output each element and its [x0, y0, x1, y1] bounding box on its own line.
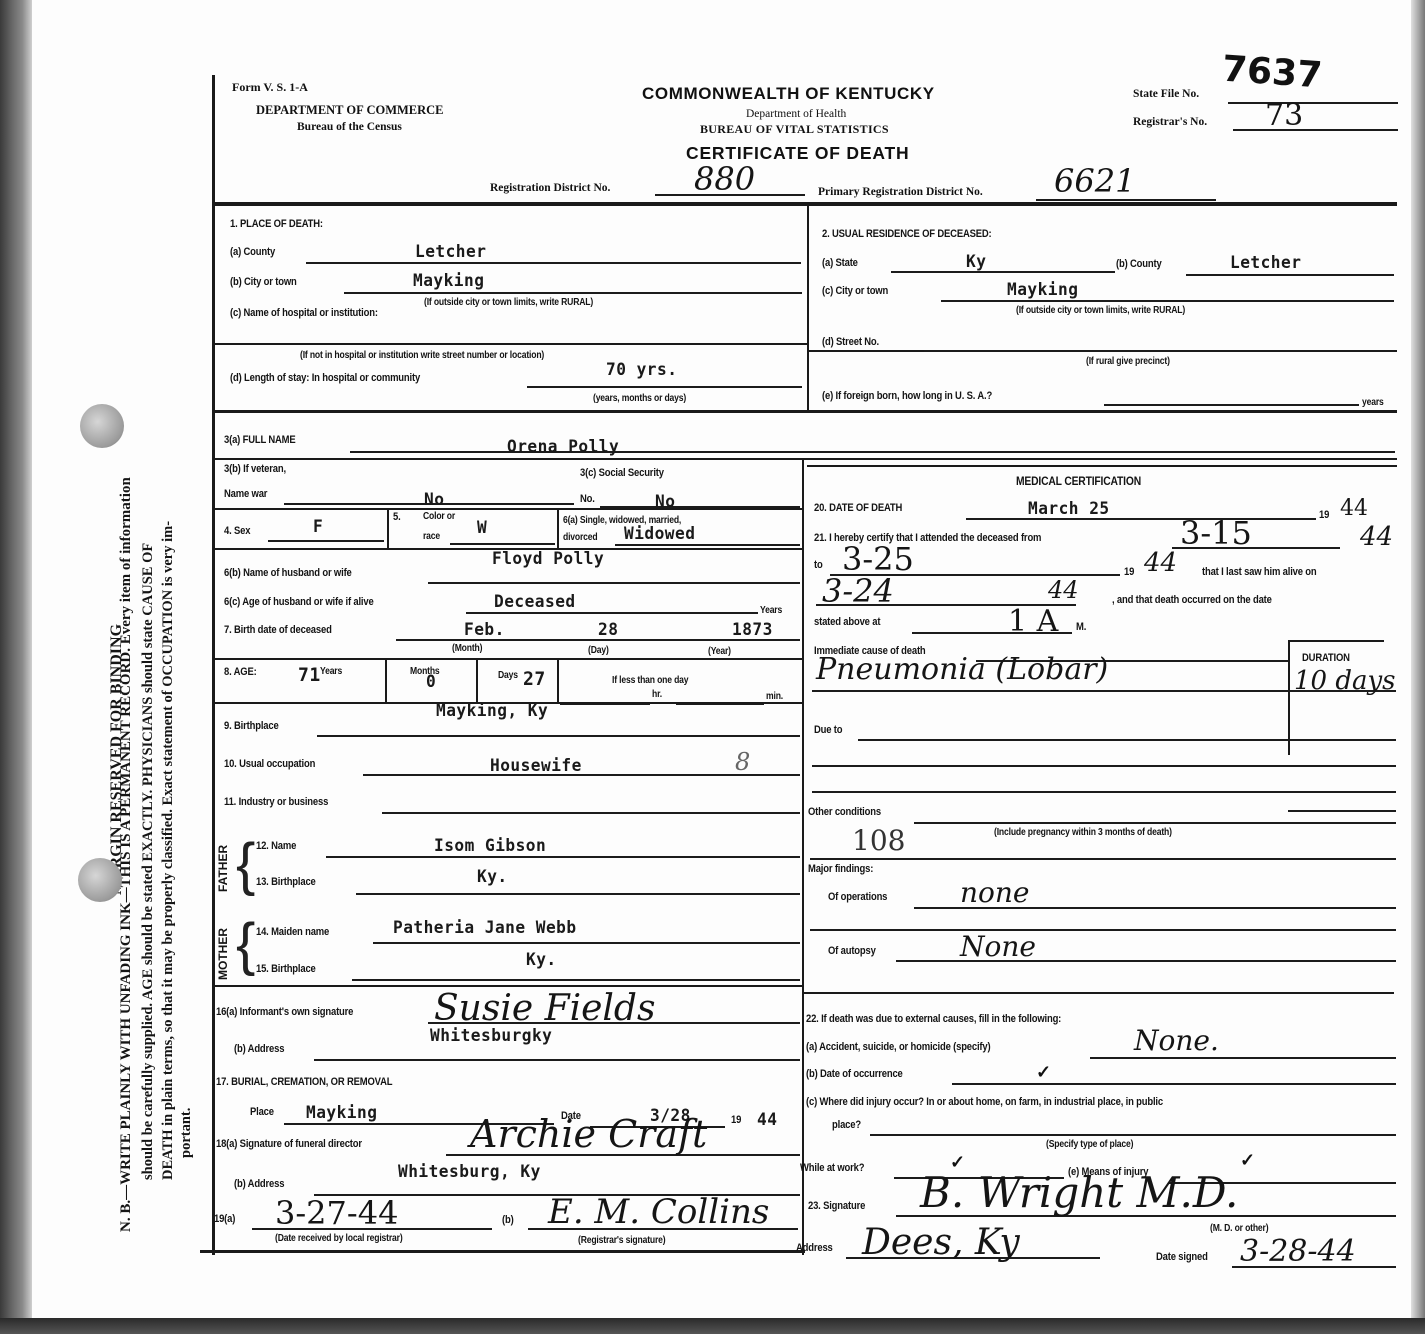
residence-county-label: (b) County — [1116, 258, 1162, 270]
means-checkmark-icon: ✓ — [1240, 1150, 1255, 1171]
informant-signature-label: 16(a) Informant's own signature — [216, 1006, 353, 1018]
reg-district-number: 880 — [694, 160, 755, 198]
divider-days — [557, 660, 559, 704]
binding-hole-bottom — [78, 858, 122, 902]
mother-birthplace-value[interactable]: Ky. — [526, 950, 557, 970]
mother-birthplace-line — [352, 979, 800, 981]
hr-label: hr. — [652, 689, 662, 700]
age-days-value[interactable]: 27 — [523, 668, 546, 690]
am-pm-label: M. — [1076, 621, 1086, 633]
spouse-value[interactable]: Floyd Polly — [492, 549, 604, 569]
registrar-signature[interactable]: E. M. Collins — [548, 1192, 769, 1232]
full-name-label: 3(a) FULL NAME — [224, 434, 296, 446]
rule-medical — [807, 465, 1397, 467]
father-name-label: 12. Name — [256, 840, 296, 852]
residence-county-value[interactable]: Letcher — [1230, 253, 1301, 273]
rule-hospital — [212, 343, 807, 345]
form-id: Form V. S. 1-A — [232, 80, 308, 95]
foreign-born-line — [1104, 404, 1359, 406]
margin-instructions-line4: portant. — [178, 1108, 195, 1158]
length-of-stay-line — [527, 386, 802, 388]
street-location-note: (If not in hospital or institution write… — [300, 350, 544, 361]
length-of-stay-label: (d) Length of stay: In hospital or commu… — [230, 372, 420, 384]
director-address-value[interactable]: Whitesburg, Ky — [398, 1162, 541, 1182]
sex-label: 4. Sex — [224, 525, 250, 537]
last-saw-year[interactable]: 44 — [1048, 576, 1079, 604]
father-tag: FATHER — [216, 845, 230, 892]
age-months-value[interactable]: 0 — [426, 672, 436, 692]
residence-county-line — [1186, 274, 1394, 276]
mother-name-label: 14. Maiden name — [256, 926, 329, 938]
industry-label: 11. Industry or business — [224, 796, 328, 808]
rule-veteran — [212, 508, 802, 510]
sex-value[interactable]: F — [313, 517, 323, 537]
length-of-stay-note: (years, months or days) — [593, 393, 686, 404]
received-number: 19(a) — [214, 1213, 235, 1225]
informant-address-line — [314, 1059, 800, 1061]
min-line — [676, 704, 764, 705]
attended-from-value[interactable]: 3-15 — [1180, 514, 1252, 552]
occupation-code: 8 — [735, 748, 750, 776]
operations-line-2 — [810, 929, 1396, 931]
bureau-vital: BUREAU OF VITAL STATISTICS — [700, 122, 889, 137]
birthplace-label: 9. Birthplace — [224, 720, 279, 732]
mother-name-value[interactable]: Patheria Jane Webb — [393, 918, 577, 938]
death-county-value[interactable]: Letcher — [415, 242, 486, 262]
informant-signature[interactable]: Susie Fields — [434, 988, 655, 1029]
state-file-line — [1228, 102, 1398, 104]
marital-line — [615, 544, 800, 546]
section-divider-main — [802, 460, 804, 1255]
attended-from-year[interactable]: 44 — [1360, 522, 1393, 552]
physician-signature-label: 23. Signature — [808, 1200, 865, 1212]
residence-state-value[interactable]: Ky — [966, 252, 986, 272]
mother-name-line — [373, 942, 800, 944]
dod-year-prefix: 19 — [1319, 509, 1329, 521]
spouse-age-label: 6(c) Age of husband or wife if alive — [224, 596, 374, 608]
operations-value[interactable]: none — [960, 876, 1030, 909]
autopsy-label: Of autopsy — [828, 945, 876, 957]
due-to-line-3 — [812, 791, 1396, 793]
mother-brace-icon: { — [236, 916, 255, 974]
father-brace-icon: { — [236, 836, 255, 894]
state-file-number: 7637 — [1221, 49, 1324, 97]
other-conditions-label: Other conditions — [808, 806, 881, 818]
time-of-death-value[interactable]: 1 A — [1008, 604, 1058, 639]
ss-no-label: No. — [580, 493, 595, 505]
margin-instructions-line1: N. B.—WRITE PLAINLY WITH UNFADING INK—TH… — [118, 477, 135, 1232]
to-year-prefix: 19 — [1124, 566, 1134, 578]
residence-street-line — [924, 350, 1394, 352]
autopsy-value[interactable]: None — [960, 930, 1036, 963]
primary-district-number: 6621 — [1054, 162, 1135, 200]
dept-health: Department of Health — [746, 108, 846, 120]
length-of-stay-value[interactable]: 70 yrs. — [606, 360, 677, 380]
divider-years — [385, 660, 387, 704]
due-to-line-1 — [858, 739, 1396, 741]
rule-fullname — [212, 458, 1397, 460]
residence-heading: 2. USUAL RESIDENCE OF DECEASED: — [822, 228, 992, 240]
color-number: 5. — [393, 511, 401, 523]
death-city-line — [344, 292, 802, 294]
death-county-label: (a) County — [230, 246, 275, 258]
father-name-line — [326, 856, 800, 858]
stated-above-label: stated above at — [814, 616, 880, 628]
residence-city-label: (c) City or town — [822, 285, 888, 297]
bureau-census: Bureau of the Census — [297, 121, 402, 133]
occurrence-checkmark-icon: ✓ — [1036, 1062, 1051, 1083]
less-than-day-label: If less than one day — [612, 675, 688, 686]
birthplace-line — [317, 735, 800, 737]
injury-place-label: (c) Where did injury occur? In or about … — [806, 1096, 1163, 1108]
commonwealth-title: COMMONWEALTH OF KENTUCKY — [642, 84, 935, 104]
residence-street-note: (If rural give precinct) — [1086, 356, 1170, 367]
foreign-years-label: years — [1362, 397, 1384, 408]
month-caption: (Month) — [452, 643, 482, 654]
veteran-label: 3(b) If veteran, — [224, 463, 286, 475]
attended-to-year[interactable]: 44 — [1144, 548, 1177, 578]
physician-address[interactable]: Dees, Ky — [862, 1222, 1020, 1263]
duration-value[interactable]: 10 days — [1294, 666, 1396, 696]
scan-edge-left — [0, 0, 32, 1334]
header-rule — [212, 202, 1397, 206]
form-border-left — [212, 75, 215, 1255]
accident-line — [1090, 1057, 1396, 1059]
dod-year-value[interactable]: 44 — [1340, 496, 1368, 521]
operations-label: Of operations — [828, 891, 887, 903]
section-divider-top — [807, 206, 809, 411]
spouse-age-line — [466, 612, 758, 614]
external-causes-heading: 22. If death was due to external causes,… — [806, 1013, 1061, 1025]
registrar-sig-caption: (Registrar's signature) — [578, 1235, 665, 1246]
father-birthplace-line — [356, 893, 800, 895]
color-label: Color or — [423, 511, 455, 522]
medical-heading: MEDICAL CERTIFICATION — [1016, 474, 1141, 488]
accident-value[interactable]: None. — [1134, 1024, 1219, 1057]
spouse-line — [428, 582, 800, 584]
last-saw-label: that I last saw him alive on — [1202, 566, 1317, 578]
social-security-label: 3(c) Social Security — [580, 467, 664, 479]
burial-place-label: Place — [250, 1106, 274, 1118]
margin-instructions-line3: DEATH in plain terms, so that it may be … — [160, 521, 177, 1180]
mother-tag: MOTHER — [216, 928, 230, 980]
date-signed-label: Date signed — [1156, 1251, 1208, 1263]
war-value[interactable]: No — [424, 490, 444, 510]
hr-line — [560, 704, 650, 705]
year-caption: (Year) — [708, 646, 731, 657]
divider-color — [557, 510, 559, 550]
marital-value[interactable]: Widowed — [624, 524, 695, 544]
injury-place-line — [870, 1134, 1396, 1136]
dept-commerce: DEPARTMENT OF COMMERCE — [256, 103, 444, 118]
registrar-sig-number: (b) — [502, 1214, 514, 1226]
other-conditions-line-2 — [810, 858, 1396, 860]
physician-signature[interactable]: B. Wright M.D. — [920, 1168, 1238, 1217]
residence-street-label: (d) Street No. — [822, 336, 879, 348]
father-birthplace-value[interactable]: Ky. — [477, 867, 508, 887]
funeral-director-label: 18(a) Signature of funeral director — [216, 1138, 362, 1150]
rule-after-place — [212, 410, 1397, 413]
burial-year-prefix: 19 — [731, 1114, 741, 1126]
informant-address-label: (b) Address — [234, 1043, 284, 1055]
death-county-line — [306, 262, 801, 264]
margin-instructions-line2: should be carefully supplied. AGE should… — [140, 543, 157, 1180]
age-days-caption: Days — [498, 670, 518, 681]
age-years-caption: Years — [320, 666, 342, 677]
scan-edge-right — [1411, 0, 1425, 1334]
spouse-age-value[interactable]: Deceased — [494, 592, 576, 612]
industry-line — [382, 812, 800, 814]
burial-place-value[interactable]: Mayking — [306, 1103, 377, 1123]
duration-box-bottom — [1288, 810, 1396, 812]
primary-district-label: Primary Registration District No. — [818, 186, 983, 198]
birthplace-value[interactable]: Mayking, Ky — [436, 701, 548, 721]
while-at-work-label: While at work? — [800, 1162, 864, 1174]
full-name-value[interactable]: Orena Polly — [507, 437, 619, 457]
spouse-years-label: Years — [760, 605, 782, 616]
registrar-line — [1233, 129, 1398, 131]
binding-hole-top — [80, 404, 124, 448]
date-of-death-label: 20. DATE OF DEATH — [814, 502, 902, 514]
place-of-death-heading: 1. PLACE OF DEATH: — [230, 218, 323, 230]
ss-no-value[interactable]: No — [655, 492, 675, 512]
form-border-bottom — [200, 1250, 805, 1253]
received-caption: (Date received by local registrar) — [275, 1233, 403, 1244]
ss-no-line — [600, 506, 800, 508]
informant-address-value[interactable]: Whitesburgky — [430, 1026, 552, 1046]
received-date[interactable]: 3-27-44 — [275, 1194, 398, 1232]
color-value[interactable]: W — [477, 518, 487, 538]
pregnancy-note: (Include pregnancy within 3 months of de… — [994, 827, 1172, 838]
duration-box-top — [1288, 640, 1384, 642]
age-years-value[interactable]: 71 — [298, 664, 321, 686]
min-label: min. — [766, 691, 783, 702]
birth-day-value[interactable]: 28 — [598, 620, 618, 640]
residence-state-label: (a) State — [822, 257, 858, 269]
divider-sex — [387, 510, 389, 550]
attended-to-label: to — [814, 559, 823, 571]
physician-address-label: Address — [796, 1242, 833, 1254]
residence-city-note: (If outside city or town limits, write R… — [1016, 305, 1185, 316]
mother-birthplace-label: 15. Birthplace — [256, 963, 316, 975]
occurrence-date-label: (b) Date of occurrence — [806, 1068, 903, 1080]
date-of-death-value[interactable]: March 25 — [1028, 499, 1110, 519]
burial-heading: 17. BURIAL, CREMATION, OR REMOVAL — [216, 1076, 392, 1088]
rule-parents — [212, 985, 802, 987]
foreign-born-label: (e) If foreign born, how long in U. S. A… — [822, 390, 992, 402]
divider-months — [476, 660, 478, 704]
duration-box-left — [1288, 640, 1290, 755]
father-birthplace-label: 13. Birthplace — [256, 876, 316, 888]
last-saw-value[interactable]: 3-24 — [822, 572, 894, 610]
rule-birthdate — [212, 658, 802, 660]
birth-date-label: 7. Birth date of deceased — [224, 624, 332, 636]
other-conditions-value[interactable]: 108 — [852, 824, 905, 857]
race-label: race — [423, 531, 440, 542]
accident-label: (a) Accident, suicide, or homicide (spec… — [806, 1041, 990, 1053]
death-city-note: (If outside city or town limits, write R… — [424, 297, 593, 308]
reg-district-label: Registration District No. — [490, 182, 610, 194]
due-to-label: Due to — [814, 724, 842, 736]
state-file-label: State File No. — [1133, 88, 1199, 100]
occurrence-date-line — [952, 1083, 1396, 1085]
father-name-value[interactable]: Isom Gibson — [434, 836, 546, 856]
scan-edge-bottom — [0, 1318, 1425, 1334]
immediate-cause-value[interactable]: Pneumonia (Lobar) — [816, 652, 1108, 687]
major-findings-label: Major findings: — [808, 863, 873, 875]
md-note: (M. D. or other) — [1210, 1223, 1268, 1234]
war-label: Name war — [224, 488, 267, 500]
hospital-label: (c) Name of hospital or institution: — [230, 307, 378, 319]
death-occurred-label: , and that death occurred on the date — [1112, 594, 1272, 606]
date-signed-value[interactable]: 3-28-44 — [1240, 1234, 1356, 1269]
date-of-death-line — [966, 518, 1316, 520]
registrar-number: 73 — [1265, 98, 1303, 133]
residence-state-line — [891, 271, 1115, 273]
funeral-director-signature[interactable]: Archie Craft — [470, 1112, 707, 1156]
death-city-value[interactable]: Mayking — [413, 271, 484, 291]
birth-year-value[interactable]: 1873 — [732, 620, 773, 640]
sex-line — [268, 540, 384, 542]
occupation-label: 10. Usual occupation — [224, 758, 315, 770]
rule-external — [802, 992, 1394, 994]
race-line — [450, 543, 555, 545]
divorced-label: divorced — [563, 532, 597, 543]
registrar-label: Registrar's No. — [1133, 116, 1207, 128]
injury-place-label-2: place? — [832, 1119, 861, 1131]
age-label: 8. AGE: — [224, 666, 257, 678]
spouse-label: 6(b) Name of husband or wife — [224, 567, 352, 579]
burial-year-value[interactable]: 44 — [757, 1110, 777, 1130]
specify-place-note: (Specify type of place) — [1046, 1139, 1133, 1150]
due-to-line-2 — [812, 765, 1396, 767]
director-address-label: (b) Address — [234, 1178, 284, 1190]
residence-city-value[interactable]: Mayking — [1007, 280, 1078, 300]
death-city-label: (b) City or town — [230, 276, 297, 288]
duration-label: DURATION — [1302, 652, 1350, 664]
residence-city-line — [941, 300, 1394, 302]
other-conditions-line — [914, 822, 1396, 824]
birth-month-value[interactable]: Feb. — [464, 620, 505, 640]
occupation-value[interactable]: Housewife — [490, 756, 582, 776]
day-caption: (Day) — [588, 645, 609, 656]
